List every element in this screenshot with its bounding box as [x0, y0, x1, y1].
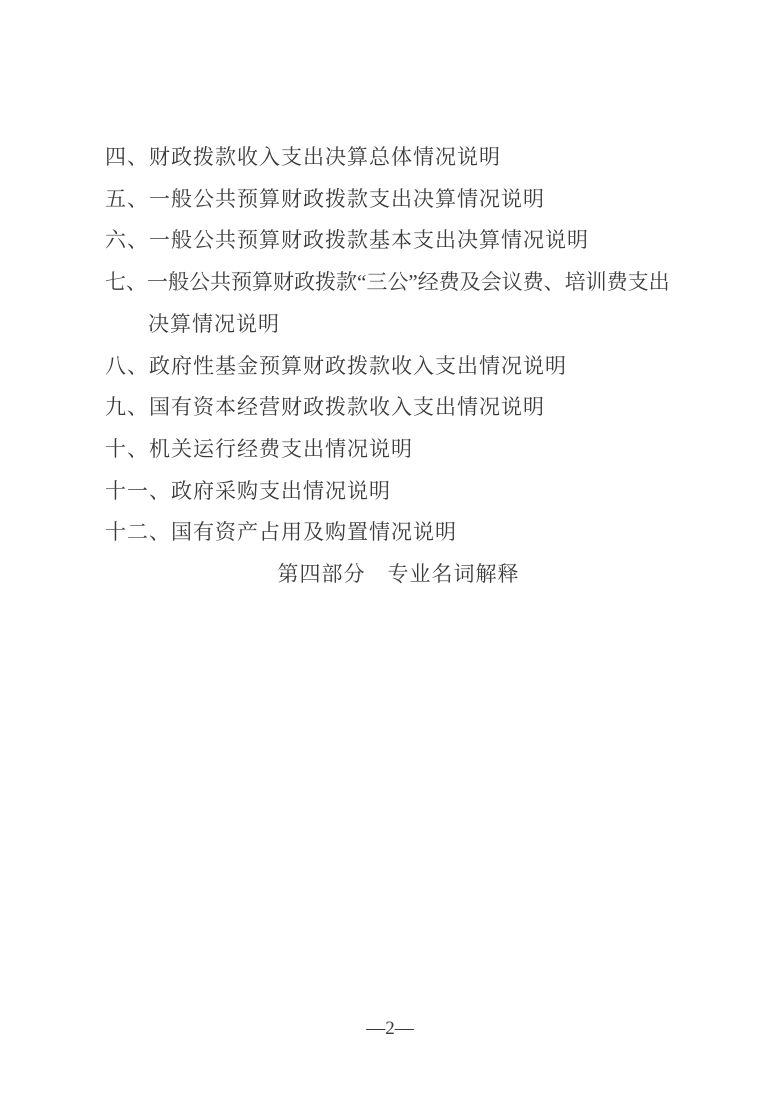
toc-item-7-line-1: 七、一般公共预算财政拨款“三公”经费及会议费、培训费支出	[105, 262, 692, 304]
toc-item-5: 五、一般公共预算财政拨款支出决算情况说明	[105, 179, 692, 221]
document-page: 四、财政拨款收入支出决算总体情况说明 五、一般公共预算财政拨款支出决算情况说明 …	[0, 0, 780, 1103]
toc-item-7-line-2: 决算情况说明	[105, 304, 692, 346]
toc-item-6: 六、一般公共预算财政拨款基本支出决算情况说明	[105, 220, 692, 262]
section-heading: 第四部分 专业名词解释	[105, 554, 692, 596]
page-number: —2—	[0, 1018, 780, 1040]
toc-list: 四、财政拨款收入支出决算总体情况说明 五、一般公共预算财政拨款支出决算情况说明 …	[105, 137, 692, 596]
toc-item-12: 十二、国有资产占用及购置情况说明	[105, 512, 692, 554]
toc-item-9: 九、国有资本经营财政拨款收入支出情况说明	[105, 387, 692, 429]
toc-item-8: 八、政府性基金预算财政拨款收入支出情况说明	[105, 346, 692, 388]
toc-item-4: 四、财政拨款收入支出决算总体情况说明	[105, 137, 692, 179]
toc-item-10: 十、机关运行经费支出情况说明	[105, 429, 692, 471]
toc-item-11: 十一、政府采购支出情况说明	[105, 471, 692, 513]
